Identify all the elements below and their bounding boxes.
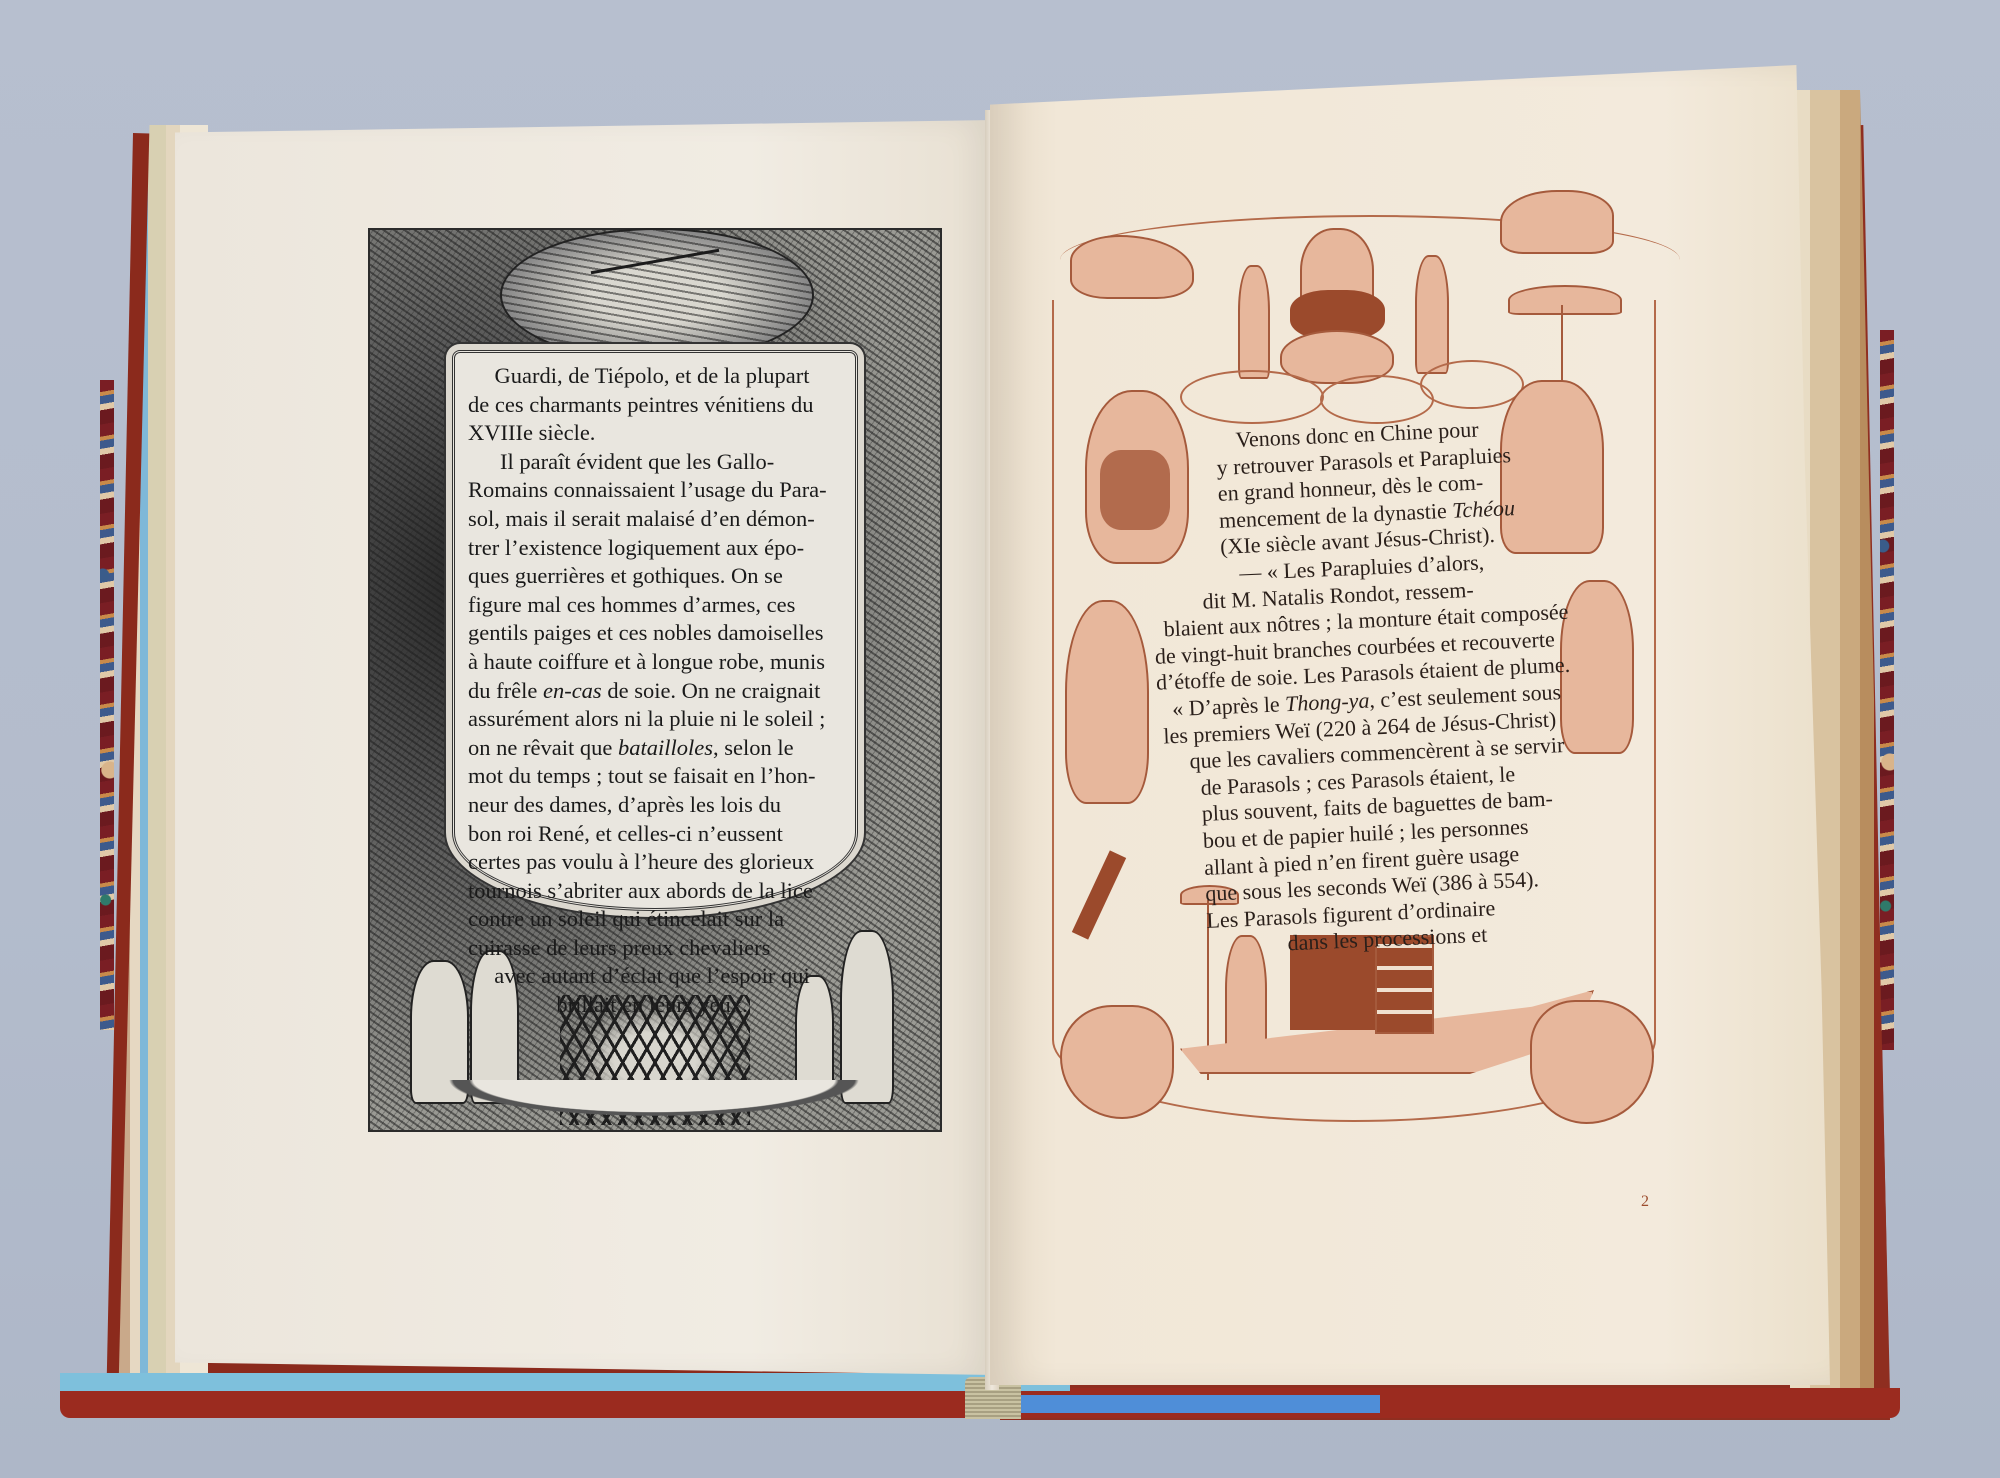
empress-robe-pattern xyxy=(1100,450,1170,530)
text-line: tournois s’abriter aux abords de la lice xyxy=(468,877,836,906)
text-run: de soie. On ne craignait xyxy=(602,678,821,703)
blue-bookmark-ribbon xyxy=(1020,1395,1380,1413)
text-line: neur des dames, d’après les lois du xyxy=(468,791,836,820)
warrior-figure-left xyxy=(1065,600,1149,804)
attendant-right xyxy=(1415,255,1449,374)
parasol-icon xyxy=(1508,285,1622,315)
page-number: 2 xyxy=(1641,1193,1649,1211)
text-run: , selon le xyxy=(713,735,794,760)
text-line: mot du temps ; tout se faisait en l’hon- xyxy=(468,762,836,791)
cloud-ornament xyxy=(1420,360,1524,409)
text-run: du frêle xyxy=(468,678,543,703)
jousting-vignette xyxy=(500,228,814,362)
italic-term: Thong-ya xyxy=(1285,687,1370,716)
cloud-ornament xyxy=(1180,370,1324,424)
lady-figure-right xyxy=(840,930,894,1104)
text-line: brillait en leurs yeux. xyxy=(468,991,836,1020)
text-line: sol, mais il serait malaisé d’en démon- xyxy=(468,505,836,534)
marbled-endpaper-right xyxy=(1880,330,1894,1050)
italic-term: en-cas xyxy=(543,678,602,703)
text-line: Il paraît évident que les Gallo- xyxy=(468,448,836,477)
text-run: on ne rêvait que xyxy=(468,735,618,760)
lion-right xyxy=(1500,190,1614,254)
right-page-text: Venons donc en Chine pour y retrouver Pa… xyxy=(1215,413,1593,960)
marbled-endpaper-left xyxy=(100,380,114,1030)
text-line: contre un soleil qui étincelait sur la xyxy=(468,905,836,934)
text-line: de ces charmants peintres vénitiens du xyxy=(468,391,836,420)
text-run: « D’après le xyxy=(1172,691,1286,721)
text-line: avec autant d’éclat que l’espoir qui xyxy=(468,962,836,991)
text-line: on ne rêvait que batailloles, selon le xyxy=(468,734,836,763)
cloud-ornament xyxy=(1320,375,1434,424)
italic-term: Tchéou xyxy=(1452,495,1516,523)
text-line: bon roi René, et celles-ci n’eussent xyxy=(468,820,836,849)
left-page-text: Guardi, de Tiépolo, et de la plupart de … xyxy=(468,362,836,1020)
text-line: assurément alors ni la pluie ni le solei… xyxy=(468,705,836,734)
text-line: trer l’existence logiquement aux épo- xyxy=(468,534,836,563)
text-line: Romains connaissaient l’usage du Para- xyxy=(468,476,836,505)
text-line: figure mal ces hommes d’armes, ces xyxy=(468,591,836,620)
text-line: Guardi, de Tiépolo, et de la plupart xyxy=(468,362,836,391)
italic-term: batailloles xyxy=(618,735,713,760)
attendant-left xyxy=(1238,265,1270,379)
text-line: XVIIIe siècle. xyxy=(468,419,836,448)
text-line: cuirasse de leurs preux chevaliers xyxy=(468,934,836,963)
text-line: du frêle en-cas de soie. On ne craignait xyxy=(468,677,836,706)
text-line: certes pas voulu à l’heure des glorieux xyxy=(468,848,836,877)
blue-flyleaf-left xyxy=(60,1373,1070,1391)
text-line: gentils paiges et ces nobles damoiselles xyxy=(468,619,836,648)
text-line: ques guerrières et gothiques. On se xyxy=(468,562,836,591)
scroll-ornament xyxy=(370,1080,938,1130)
text-line: à haute coiffure et à longue robe, munis xyxy=(468,648,836,677)
